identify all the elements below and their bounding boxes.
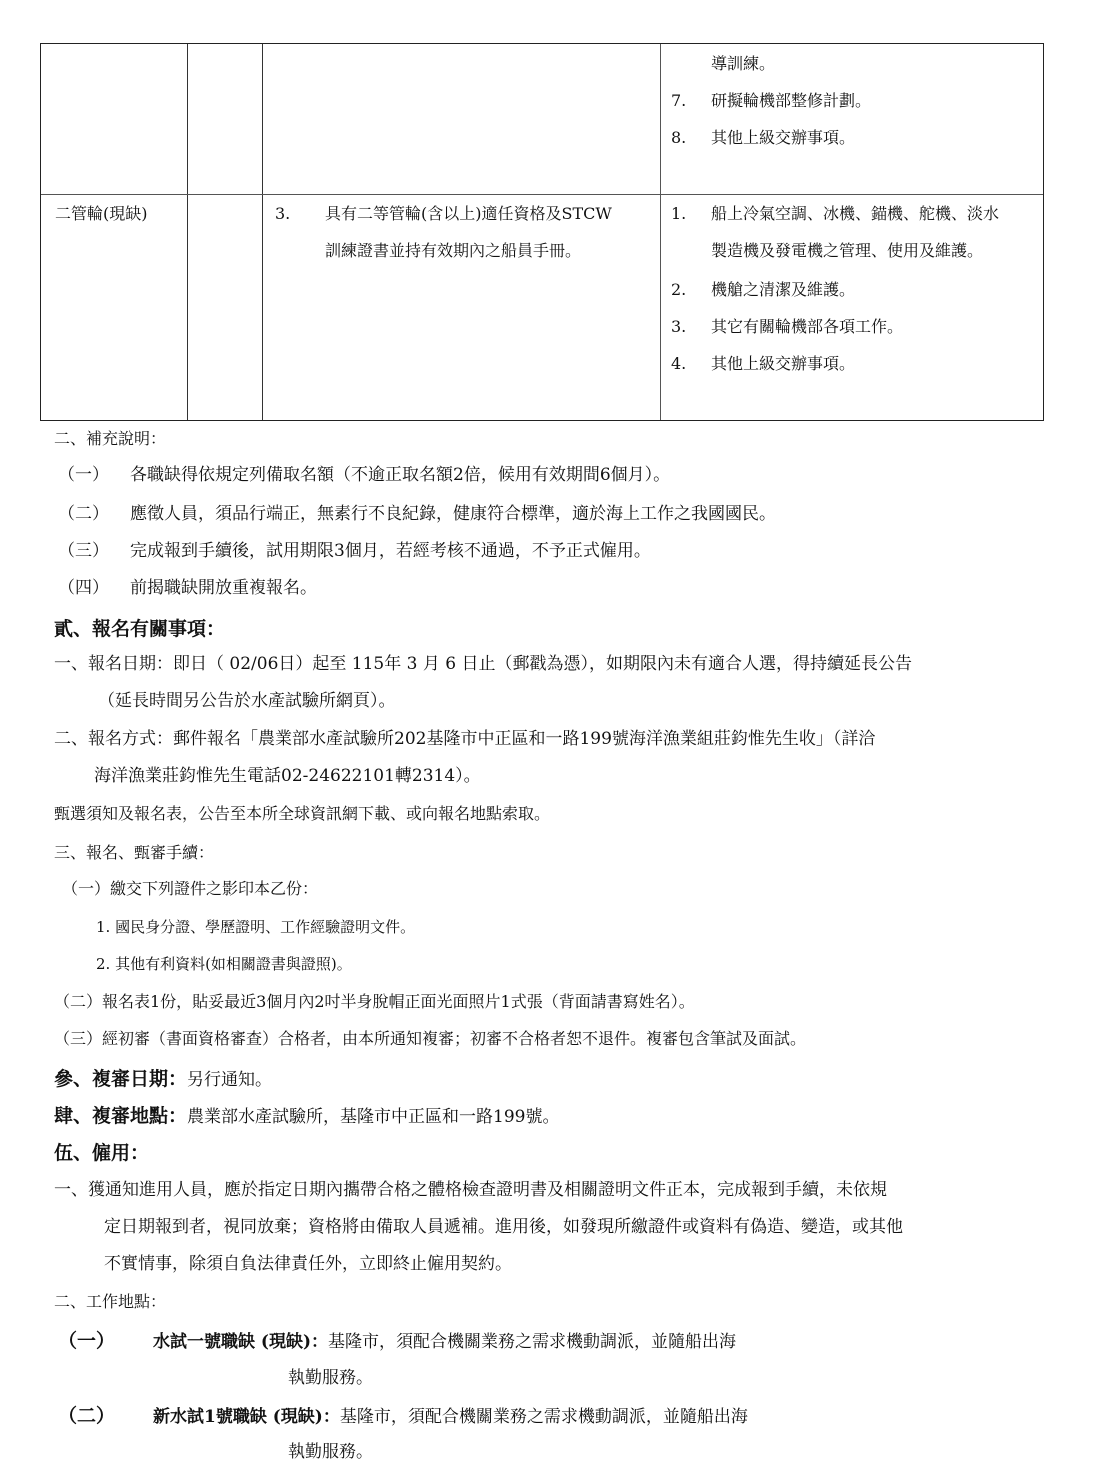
forms-note: 甄選須知及報名表，公告至本所全球資訊網下載、或向報名地點索取。 — [54, 806, 550, 822]
supplement-item: （二）應徵人員，須品行端正，無素行不良紀錄，健康符合標準，適於海上工作之我國國民… — [58, 506, 776, 523]
workplace-item: （一）水試一號職缺 (現缺)：基隆市，須配合機關業務之需求機動調派，並隨船出海 — [58, 1332, 736, 1351]
supplement-item: （三）完成報到手續後，試用期限3個月，若經考核不通過，不予正式僱用。 — [58, 543, 651, 560]
review-date: 參、複審日期：另行通知。 — [54, 1070, 272, 1089]
qualification-text: 訓練證書並持有效期內之船員手冊。 — [325, 243, 581, 259]
document-list-item: 1. 國民身分證、學歷證明、工作經驗證明文件。 — [96, 920, 415, 935]
column-divider — [262, 44, 263, 420]
duty-item: 導訓練。 — [671, 56, 775, 72]
qualification-number: 3. — [275, 206, 290, 222]
section-heading-employment: 伍、僱用： — [54, 1144, 149, 1163]
column-divider — [187, 44, 188, 420]
document-list-item: 2. 其他有利資料(如相關證書與證照)。 — [96, 957, 352, 972]
duty-item: 製造機及發電機之管理、使用及維護。 — [671, 243, 983, 259]
procedure-heading: 三、報名、甄審手續： — [54, 845, 214, 861]
workplace-item-cont: 執勤服務。 — [288, 1444, 373, 1461]
registration-method-cont: 海洋漁業莊鈞惟先生電話02-24622101轉2314）。 — [94, 768, 481, 785]
procedure-item: （二）報名表1份，貼妥最近3個月內2吋半身脫帽正面光面照片1式張（背面請書寫姓名… — [54, 994, 695, 1010]
registration-date-cont: （延長時間另公告於水產試驗所網頁）。 — [98, 693, 396, 710]
review-location: 肆、複審地點：農業部水產試驗所，基隆市中正區和一路199號。 — [54, 1107, 559, 1126]
supplement-item: （一）各職缺得依規定列備取名額（不逾正取名額2倍，候用有效期間6個月）。 — [58, 467, 670, 484]
registration-method: 二、報名方式：郵件報名「農業部水產試驗所202基隆市中正區和一路199號海洋漁業… — [54, 731, 875, 748]
duty-item: 7.研擬輪機部整修計劃。 — [671, 93, 871, 109]
employment-text-cont: 定日期報到者，視同放棄；資格將由備取人員遞補。進用後，如發現所繳證件或資料有偽造… — [104, 1219, 903, 1236]
procedure-item: （一）繳交下列證件之影印本乙份： — [62, 881, 318, 897]
procedure-item: （三）經初審（書面資格審查）合格者，由本所通知複審；初審不合格者恕不退件。複審包… — [54, 1031, 806, 1047]
qualification-text: 具有二等管輪(含以上)適任資格及STCW — [325, 206, 612, 222]
workplace-item: （二）新水試1號職缺 (現缺)：基隆市，須配合機關業務之需求機動調派，並隨船出海 — [58, 1407, 748, 1426]
positions-table: 導訓練。 7.研擬輪機部整修計劃。 8.其他上級交辦事項。 二管輪(現缺) 3.… — [40, 43, 1044, 421]
employment-text: 一、獲通知進用人員，應於指定日期內攜帶合格之體格檢查證明書及相關證明文件正本，完… — [54, 1182, 887, 1199]
duty-item: 2.機艙之清潔及維護。 — [671, 282, 855, 298]
duty-item: 3.其它有關輪機部各項工作。 — [671, 319, 903, 335]
duty-item: 4.其他上級交辦事項。 — [671, 356, 855, 372]
duty-item: 8.其他上級交辦事項。 — [671, 130, 855, 146]
row-divider — [41, 194, 1043, 195]
employment-text-cont: 不實情事，除須自負法律責任外，立即終止僱用契約。 — [104, 1256, 512, 1273]
workplace-heading: 二、工作地點： — [54, 1294, 166, 1310]
supplement-item: （四）前揭職缺開放重複報名。 — [58, 580, 317, 597]
section-heading-registration: 貳、報名有關事項： — [54, 620, 225, 639]
workplace-item-cont: 執勤服務。 — [288, 1370, 373, 1387]
supplement-heading: 二、補充說明： — [54, 431, 166, 447]
column-divider — [660, 44, 661, 420]
position-title: 二管輪(現缺) — [55, 206, 148, 222]
registration-date: 一、報名日期：即日（ 02/06日）起至 115年 3 月 6 日止（郵戳為憑）… — [54, 656, 912, 673]
duty-item: 1.船上冷氣空調、冰機、錨機、舵機、淡水 — [671, 206, 999, 222]
